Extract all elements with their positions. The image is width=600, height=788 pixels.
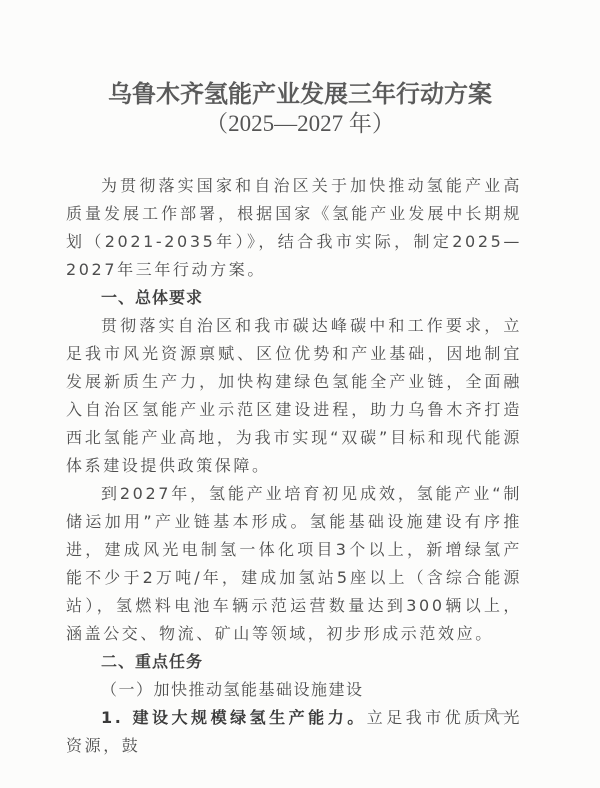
section-heading-general-requirements: 一、总体要求 [66, 284, 522, 312]
page-number: —3— [476, 706, 511, 722]
document-title: 乌鲁木齐氢能产业发展三年行动方案 [0, 80, 600, 108]
section-heading-key-tasks: 二、重点任务 [66, 648, 522, 676]
intro-paragraph: 为贯彻落实国家和自治区关于加快推动氢能产业高质量发展工作部署，根据国家《氢能产业… [66, 172, 522, 284]
task-item-1: 1. 建设大规模绿氢生产能力。立足我市优质风光资源，鼓 [66, 704, 522, 760]
task-item-1-title: 1. 建设大规模绿氢生产能力。 [101, 708, 367, 727]
subsection-heading-infrastructure: （一）加快推动氢能基础设施建设 [66, 676, 522, 704]
document-subtitle: （2025—2027 年） [0, 110, 600, 138]
document-body: 为贯彻落实国家和自治区关于加快推动氢能产业高质量发展工作部署，根据国家《氢能产业… [66, 172, 522, 760]
document-page: 乌鲁木齐氢能产业发展三年行动方案 （2025—2027 年） 为贯彻落实国家和自… [0, 0, 600, 788]
general-requirements-paragraph: 贯彻落实自治区和我市碳达峰碳中和工作要求，立足我市风光资源禀赋、区位优势和产业基… [66, 312, 522, 480]
targets-2027-paragraph: 到2027年，氢能产业培育初见成效，氢能产业“制储运加用”产业链基本形成。氢能基… [66, 480, 522, 648]
